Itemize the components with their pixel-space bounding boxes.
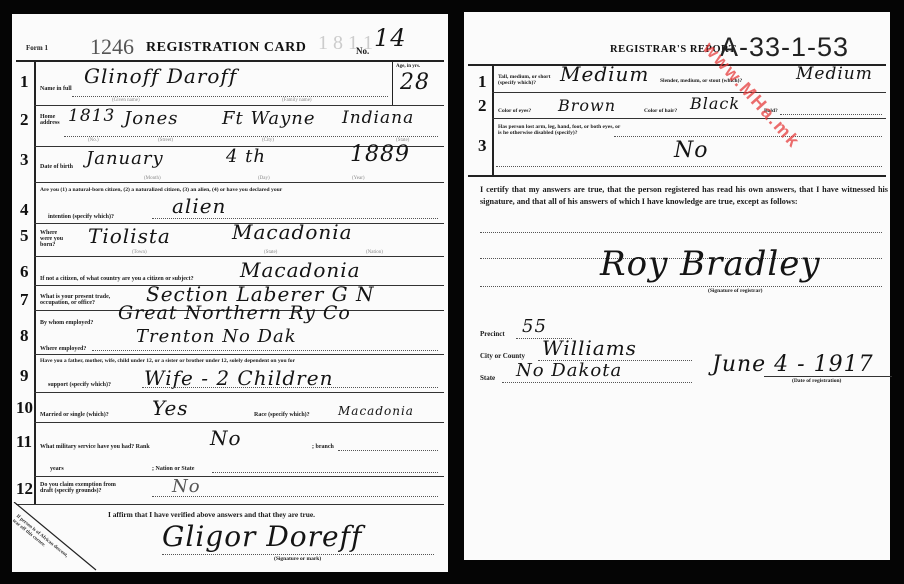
disability-label: Has person lost arm, leg, hand, foot, or… bbox=[498, 124, 622, 136]
exemption-label: Do you claim exemption from draft (speci… bbox=[40, 482, 130, 494]
caption: (Street) bbox=[158, 138, 173, 143]
name-value: Glinoff Daroff bbox=[84, 64, 237, 88]
name-label: Name in full bbox=[40, 86, 72, 92]
row-number: 2 bbox=[20, 110, 29, 130]
eye-color-value: Brown bbox=[558, 96, 616, 115]
race-value: Macadonia bbox=[338, 404, 414, 418]
dotted-line bbox=[72, 96, 388, 97]
row-number: 2 bbox=[478, 96, 487, 116]
row-number: 7 bbox=[20, 290, 29, 310]
row-number: 8 bbox=[20, 326, 29, 346]
address-city: Ft Wayne bbox=[222, 108, 316, 129]
row-number: 5 bbox=[20, 226, 29, 246]
dotted-line bbox=[496, 166, 882, 167]
age-label: Age, in yrs. bbox=[396, 64, 420, 69]
dotted-line bbox=[162, 554, 434, 555]
row-number: 1 bbox=[20, 72, 29, 92]
divider bbox=[16, 60, 444, 62]
birthplace-nation: Macadonia bbox=[232, 220, 353, 244]
birth-year: 1889 bbox=[350, 142, 410, 167]
divider bbox=[34, 182, 444, 183]
affirmation-text: I affirm that I have verified above answ… bbox=[108, 510, 315, 519]
caption: (City) bbox=[262, 138, 274, 143]
employer-label: By whom employed? bbox=[40, 320, 93, 326]
dotted-line bbox=[142, 387, 438, 388]
row-number: 3 bbox=[20, 150, 29, 170]
military-service-label: What military service have you had? Rank bbox=[40, 444, 150, 450]
birth-month: January bbox=[86, 148, 164, 169]
race-label: Race (specify which)? bbox=[254, 412, 310, 418]
state-value: No Dakota bbox=[516, 360, 622, 381]
birthplace-label: Where were you born? bbox=[40, 230, 66, 248]
dotted-line bbox=[152, 496, 438, 497]
row-number: 1 bbox=[478, 72, 487, 92]
card-number-label: No. bbox=[356, 46, 369, 56]
citizenship-question: Are you (1) a natural-born citizen, (2) … bbox=[40, 187, 282, 193]
eye-color-label: Color of eyes? bbox=[498, 108, 531, 114]
caption: (Nation) bbox=[366, 250, 383, 255]
marital-status-value: Yes bbox=[152, 396, 189, 420]
dotted-line bbox=[780, 114, 882, 115]
row-number: 12 bbox=[16, 479, 33, 499]
dependents-label: support (specify which)? bbox=[48, 382, 111, 388]
occupation-label: What is your present trade, occupation, … bbox=[40, 294, 124, 306]
registrar-signature: Roy Bradley bbox=[600, 244, 821, 284]
signature-caption: (Signature or mark) bbox=[274, 556, 321, 562]
divider bbox=[468, 175, 886, 177]
row-number: 3 bbox=[478, 136, 487, 156]
years-label: years bbox=[50, 466, 64, 472]
home-address-label: Home address bbox=[40, 114, 62, 126]
military-service-value: No bbox=[210, 426, 242, 450]
dotted-line bbox=[480, 232, 882, 233]
caption: (Family name) bbox=[282, 98, 312, 103]
row-number: 11 bbox=[16, 432, 32, 452]
height-value: Medium bbox=[560, 62, 649, 86]
date-caption: (Date of registration) bbox=[792, 378, 841, 384]
hair-color-label: Color of hair? bbox=[644, 108, 677, 114]
registrars-report-card: REGISTRAR'S REPORT A-33-1-53 1 Tall, med… bbox=[464, 12, 890, 560]
dependents-question: Have you a father, mother, wife, child u… bbox=[40, 358, 295, 364]
build-value: Medium bbox=[796, 64, 873, 84]
divider bbox=[34, 392, 444, 393]
caption: (Day) bbox=[258, 176, 270, 181]
precinct-value: 55 bbox=[522, 316, 547, 337]
certification-text: I certify that my answers are true, that… bbox=[480, 184, 888, 208]
divider bbox=[492, 92, 886, 93]
birthplace-town: Tiolista bbox=[88, 224, 171, 248]
row-number-column-rule bbox=[492, 65, 494, 175]
precinct-label: Precinct bbox=[480, 330, 505, 338]
caption: (Town) bbox=[132, 250, 147, 255]
caption: (No.) bbox=[88, 138, 99, 143]
hair-color-value: Black bbox=[690, 94, 740, 113]
serial-number: 1246 bbox=[90, 34, 134, 60]
birth-date-label: Date of birth bbox=[40, 164, 73, 170]
card-number: 14 bbox=[374, 24, 407, 52]
caption: (Month) bbox=[144, 176, 161, 181]
city-county-label: City or County bbox=[480, 352, 525, 360]
dotted-line bbox=[92, 350, 438, 351]
row-number-column-rule bbox=[34, 61, 36, 505]
branch-label: ; branch bbox=[312, 444, 334, 450]
divider bbox=[492, 118, 886, 119]
nation-label: ; Nation or State bbox=[152, 466, 194, 472]
divider bbox=[34, 476, 444, 477]
state-label: State bbox=[480, 374, 495, 382]
registrant-signature: Gligor Doreff bbox=[162, 520, 362, 553]
exemption-value: No bbox=[172, 476, 201, 497]
caption: (Year) bbox=[352, 176, 365, 181]
row-number: 10 bbox=[16, 398, 33, 418]
city-county-value: Williams bbox=[542, 336, 637, 360]
row-number: 9 bbox=[20, 366, 29, 386]
dotted-line bbox=[614, 136, 882, 137]
employer-value: Great Northern Ry Co bbox=[118, 302, 351, 324]
citizenship-country-value: Macadonia bbox=[240, 258, 361, 282]
row-number: 4 bbox=[20, 200, 29, 220]
employment-place-value: Trenton No Dak bbox=[136, 326, 297, 347]
registration-date: June 4 - 1917 bbox=[712, 352, 874, 377]
registration-card: Form 1 1246 REGISTRATION CARD 1 8 1 1 No… bbox=[12, 14, 448, 572]
marital-status-label: Married or single (which)? bbox=[40, 412, 109, 418]
employment-place-label: Where employed? bbox=[40, 346, 86, 352]
disability-value: No bbox=[674, 138, 709, 163]
citizenship-label: intention (specify which)? bbox=[48, 214, 114, 220]
divider bbox=[34, 256, 444, 257]
address-street: Jones bbox=[124, 108, 179, 129]
address-number: 1813 bbox=[68, 106, 115, 126]
dotted-line bbox=[480, 286, 882, 287]
birth-day: 4 th bbox=[226, 146, 266, 167]
dotted-line bbox=[502, 382, 692, 383]
divider bbox=[34, 422, 444, 423]
tear-off-corner[interactable] bbox=[12, 502, 98, 572]
age-box-rule bbox=[392, 61, 393, 105]
age-value: 28 bbox=[400, 70, 430, 95]
citizenship-value: alien bbox=[172, 194, 226, 218]
height-label: Tall, medium, or short (specify which)? bbox=[498, 74, 558, 86]
form-label: Form 1 bbox=[26, 44, 48, 52]
card-title: REGISTRATION CARD bbox=[146, 40, 306, 56]
dotted-line bbox=[212, 472, 438, 473]
dotted-line bbox=[152, 218, 438, 219]
divider bbox=[34, 354, 444, 355]
registrar-caption: (Signature of registrar) bbox=[708, 288, 762, 294]
dotted-line bbox=[64, 136, 438, 137]
divider bbox=[764, 376, 892, 377]
row-number: 6 bbox=[20, 262, 29, 282]
caption: (Given name) bbox=[112, 98, 140, 103]
address-state: Indiana bbox=[342, 108, 414, 128]
report-stamp-number: A-33-1-53 bbox=[720, 32, 849, 63]
caption: (State) bbox=[264, 250, 277, 255]
dotted-line bbox=[338, 450, 438, 451]
